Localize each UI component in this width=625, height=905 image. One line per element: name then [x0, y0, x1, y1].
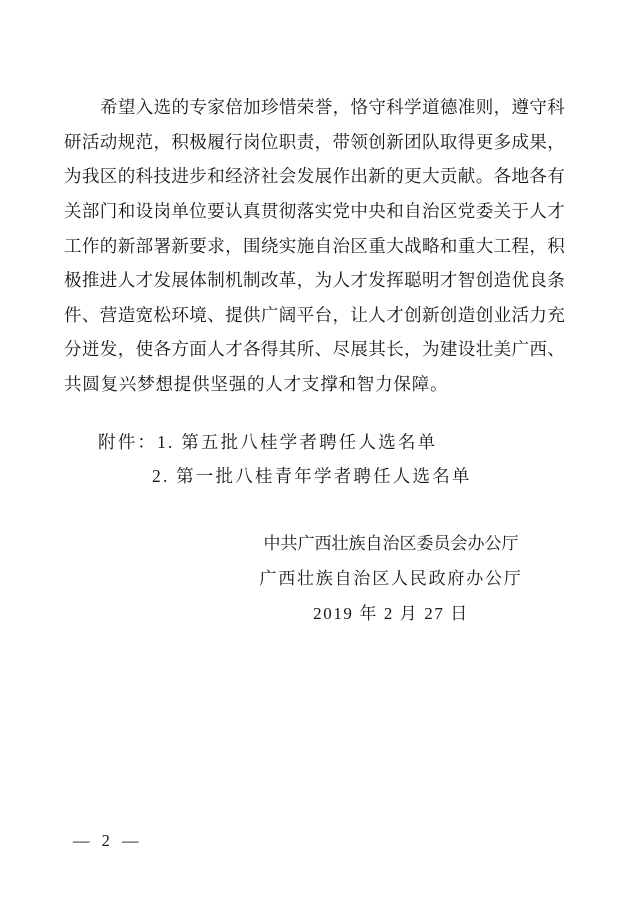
issue-date: 2019 年 2 月 27 日	[241, 597, 541, 632]
body-line: 关部门和设岗单位要认真贯彻落实党中央和自治区党委关于人才	[64, 194, 565, 229]
body-line: 研活动规范，积极履行岗位职责，带领创新团队取得更多成果，	[64, 125, 565, 160]
body-line: 件、营造宽松环境、提供广阔平台，让人才创新创造创业活力充	[64, 298, 565, 333]
attachment-item-2: 2. 第一批八桂青年学者聘任人选名单	[98, 459, 472, 493]
body-line: 分迸发，使各方面人才各得其所、尽展其长，为建设壮美广西、	[64, 332, 565, 367]
document-page: 希望入选的专家倍加珍惜荣誉，恪守科学道德准则，遵守科 研活动规范，积极履行岗位职…	[0, 0, 625, 905]
attachment-section: 附件：1. 第五批八桂学者聘任人选名单 2. 第一批八桂青年学者聘任人选名单	[98, 425, 472, 493]
issuing-office-1: 中共广西壮族自治区委员会办公厅	[241, 527, 541, 562]
issuing-office-2: 广西壮族自治区人民政府办公厅	[241, 562, 541, 597]
signature-block: 中共广西壮族自治区委员会办公厅 广西壮族自治区人民政府办公厅 2019 年 2 …	[241, 527, 541, 632]
body-paragraph: 希望入选的专家倍加珍惜荣誉，恪守科学道德准则，遵守科 研活动规范，积极履行岗位职…	[64, 90, 565, 402]
body-line: 极推进人才发展体制机制改革，为人才发挥聪明才智创造优良条	[64, 263, 565, 298]
body-line: 为我区的科技进步和经济社会发展作出新的更大贡献。各地各有	[64, 159, 565, 194]
attachment-item-1: 附件：1. 第五批八桂学者聘任人选名单	[98, 425, 472, 459]
body-line: 工作的新部署新要求，围绕实施自治区重大战略和重大工程，积	[64, 229, 565, 264]
body-line: 希望入选的专家倍加珍惜荣誉，恪守科学道德准则，遵守科	[64, 90, 565, 125]
page-number: — 2 —	[73, 831, 143, 851]
body-line: 共圆复兴梦想提供坚强的人才支撑和智力保障。	[64, 367, 565, 402]
